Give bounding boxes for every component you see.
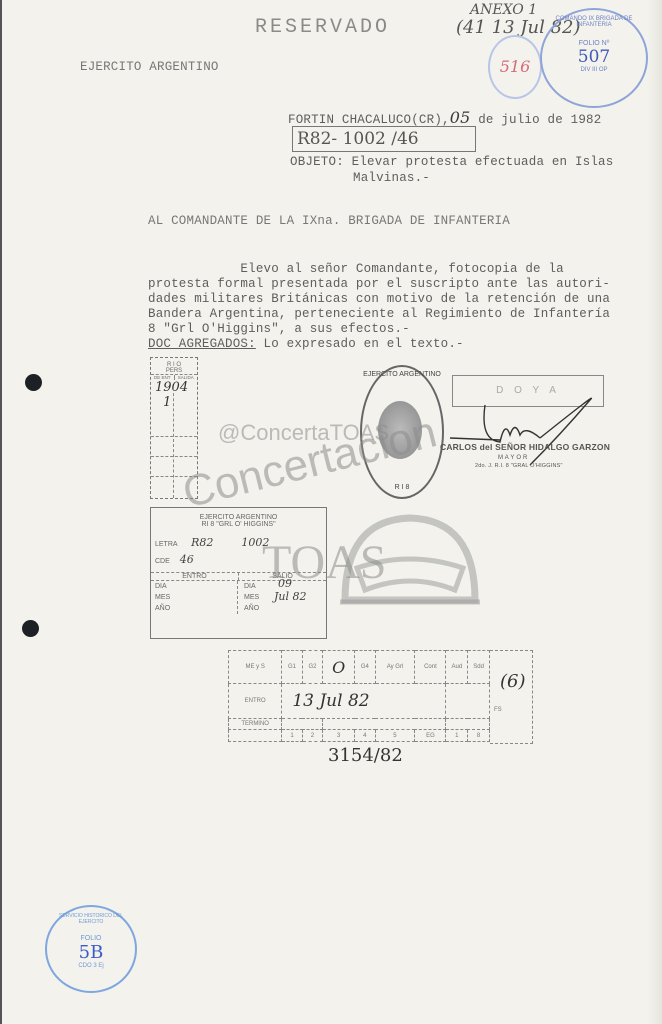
folio-left-number: 516 xyxy=(490,57,540,76)
attachments-line: DOC AGREGADOS: Lo expresado en el texto.… xyxy=(148,337,610,352)
routing-side-column: FS (6) xyxy=(490,650,533,744)
addressee: AL COMANDANTE DE LA IXna. BRIGADA DE INF… xyxy=(148,214,510,228)
signatory-unit: 2do. J. R.I. 8 "GRAL O'HIGGINS" xyxy=(475,463,563,469)
dateline-rest: de julio de 1982 xyxy=(471,113,602,127)
routing-number: 3154/82 xyxy=(328,745,403,766)
brigade-stamp: COMANDO IX BRIGADA DE INFANTERIA FOLIO N… xyxy=(540,8,648,108)
routing-cell: 2 xyxy=(302,730,322,742)
body-line: protesta formal presentada por el suscri… xyxy=(148,277,610,292)
subject-line: OBJETO: Elevar protesta efectuada en Isl… xyxy=(290,155,613,169)
subject-text: Elevar protesta efectuada en Islas xyxy=(344,155,614,169)
routing-cell xyxy=(282,718,323,730)
historic-service-stamp: SERVICIO HISTORICO DEL EJERCITO FOLIO 5B… xyxy=(45,905,137,993)
body-line: Elevo al señor Comandante, fotocopia de … xyxy=(148,262,610,277)
routing-cell: 8 xyxy=(468,730,490,742)
entro-dates: DIA MES AÑO xyxy=(151,581,238,614)
page-right-edge xyxy=(648,0,662,1024)
letra-label: LETRA xyxy=(155,541,177,548)
entro-header: ENTRO xyxy=(151,573,239,580)
attachments-label: DOC AGREGADOS: xyxy=(148,337,256,351)
routing-cell: O xyxy=(323,651,355,684)
body-line: Bandera Argentina, perteneciente al Regi… xyxy=(148,307,610,322)
body-text: Elevo al señor Comandante, fotocopia de … xyxy=(148,262,610,352)
seal-text: EJERCITO ARGENTINO xyxy=(358,371,446,378)
salio-ano: AÑO xyxy=(244,603,326,614)
routing-entro-label: ENTRO xyxy=(229,684,282,719)
entro-ano: AÑO xyxy=(155,603,237,614)
entro-mes: MES xyxy=(155,592,237,603)
institution-heading: EJERCITO ARGENTINO xyxy=(80,60,219,74)
routing-cell: G2 xyxy=(302,651,322,684)
routing-cell: Ay Grl xyxy=(375,651,415,684)
body-line: 8 "Grl O'Higgins", a sus efectos.- xyxy=(148,322,610,337)
routing-row-units: ME y S G1 G2 O G4 Ay Grl Cont Aud Sdd xyxy=(229,651,490,684)
routing-cell: Sdd xyxy=(468,651,490,684)
historic-sub: CDO 3 Ej xyxy=(47,963,135,969)
routing-cell xyxy=(446,684,490,719)
file-stamp-line2: RI 8 "GRL O' HIGGINS" xyxy=(151,521,326,528)
historic-ring-text: SERVICIO HISTORICO DEL EJERCITO xyxy=(47,913,135,925)
routing-table: ME y S G1 G2 O G4 Ay Grl Cont Aud Sdd EN… xyxy=(228,650,490,742)
routing-entro-value: 13 Jul 82 xyxy=(282,684,446,719)
routing-cell: 1 xyxy=(446,730,468,742)
page-left-edge xyxy=(0,0,2,1024)
routing-side-label: FS xyxy=(494,707,502,713)
letra-value: R82 xyxy=(191,536,213,549)
folio-stamp-left: 516 xyxy=(488,35,542,99)
routing-cell: Aud xyxy=(446,651,468,684)
brigade-stamp-text: COMANDO IX BRIGADA DE INFANTERIA xyxy=(542,16,646,28)
signatory-rank: M A Y O R xyxy=(498,455,528,461)
folio-number: 507 xyxy=(542,47,646,67)
historic-folio-value: 5B xyxy=(47,942,135,963)
attachments-text: Lo expresado en el texto.- xyxy=(256,337,464,351)
dateline-place: FORTIN CHACALUCO(CR), xyxy=(288,113,450,127)
annex-label: ANEXO 1 xyxy=(470,2,537,18)
cde-label: CDE xyxy=(155,558,170,565)
routing-cell: 4 xyxy=(355,730,375,742)
routing-cell: G4 xyxy=(355,651,375,684)
routing-cell: Cont xyxy=(415,651,446,684)
routing-cell xyxy=(229,730,282,742)
routing-row-termino: TERMINO xyxy=(229,718,490,730)
dateline: FORTIN CHACALUCO(CR),05 de julio de 1982 xyxy=(288,108,601,127)
punch-hole-top xyxy=(25,374,42,391)
file-stamp-line1: EJERCITO ARGENTINO xyxy=(151,514,326,521)
folio-label: FOLIO Nº xyxy=(542,40,646,47)
cde-value: 46 xyxy=(180,553,194,566)
routing-cell: 1 xyxy=(282,730,302,742)
subject-label: OBJETO: xyxy=(290,155,344,169)
dateline-day: 05 xyxy=(450,108,471,127)
routing-cell: 5 xyxy=(375,730,415,742)
folio-sub: DIV III OP xyxy=(542,67,646,73)
routing-termino-label: TERMINO xyxy=(229,718,282,730)
routing-row-numbers: 1 2 3 4 5 EG 1 8 xyxy=(229,730,490,742)
historic-folio-label: FOLIO xyxy=(47,935,135,942)
watermark-brand-2: TOAS xyxy=(262,535,386,590)
subject-line-2: Malvinas.- xyxy=(353,171,430,185)
routing-cell xyxy=(323,718,446,730)
routing-cell xyxy=(446,718,490,730)
signatory-name: CARLOS del SEÑOR HIDALGO GARZON xyxy=(440,442,610,452)
entro-dia: DIA xyxy=(155,581,237,592)
classification-label: RESERVADO xyxy=(255,16,390,39)
reference-box: R82- 1002 /46 xyxy=(292,126,476,152)
routing-cell: G1 xyxy=(282,651,302,684)
routing-cell: ME y S xyxy=(229,651,282,684)
routing-row-entro: ENTRO 13 Jul 82 xyxy=(229,684,490,719)
seal-sub: R I 8 xyxy=(362,484,442,491)
salio-mes-value: Jul 82 xyxy=(274,591,307,602)
punch-hole-bottom xyxy=(22,620,39,637)
routing-side-mark: (6) xyxy=(500,671,526,692)
body-line: dades militares Británicas con motivo de… xyxy=(148,292,610,307)
routing-cell: 3 xyxy=(323,730,355,742)
routing-cell: EG xyxy=(415,730,446,742)
